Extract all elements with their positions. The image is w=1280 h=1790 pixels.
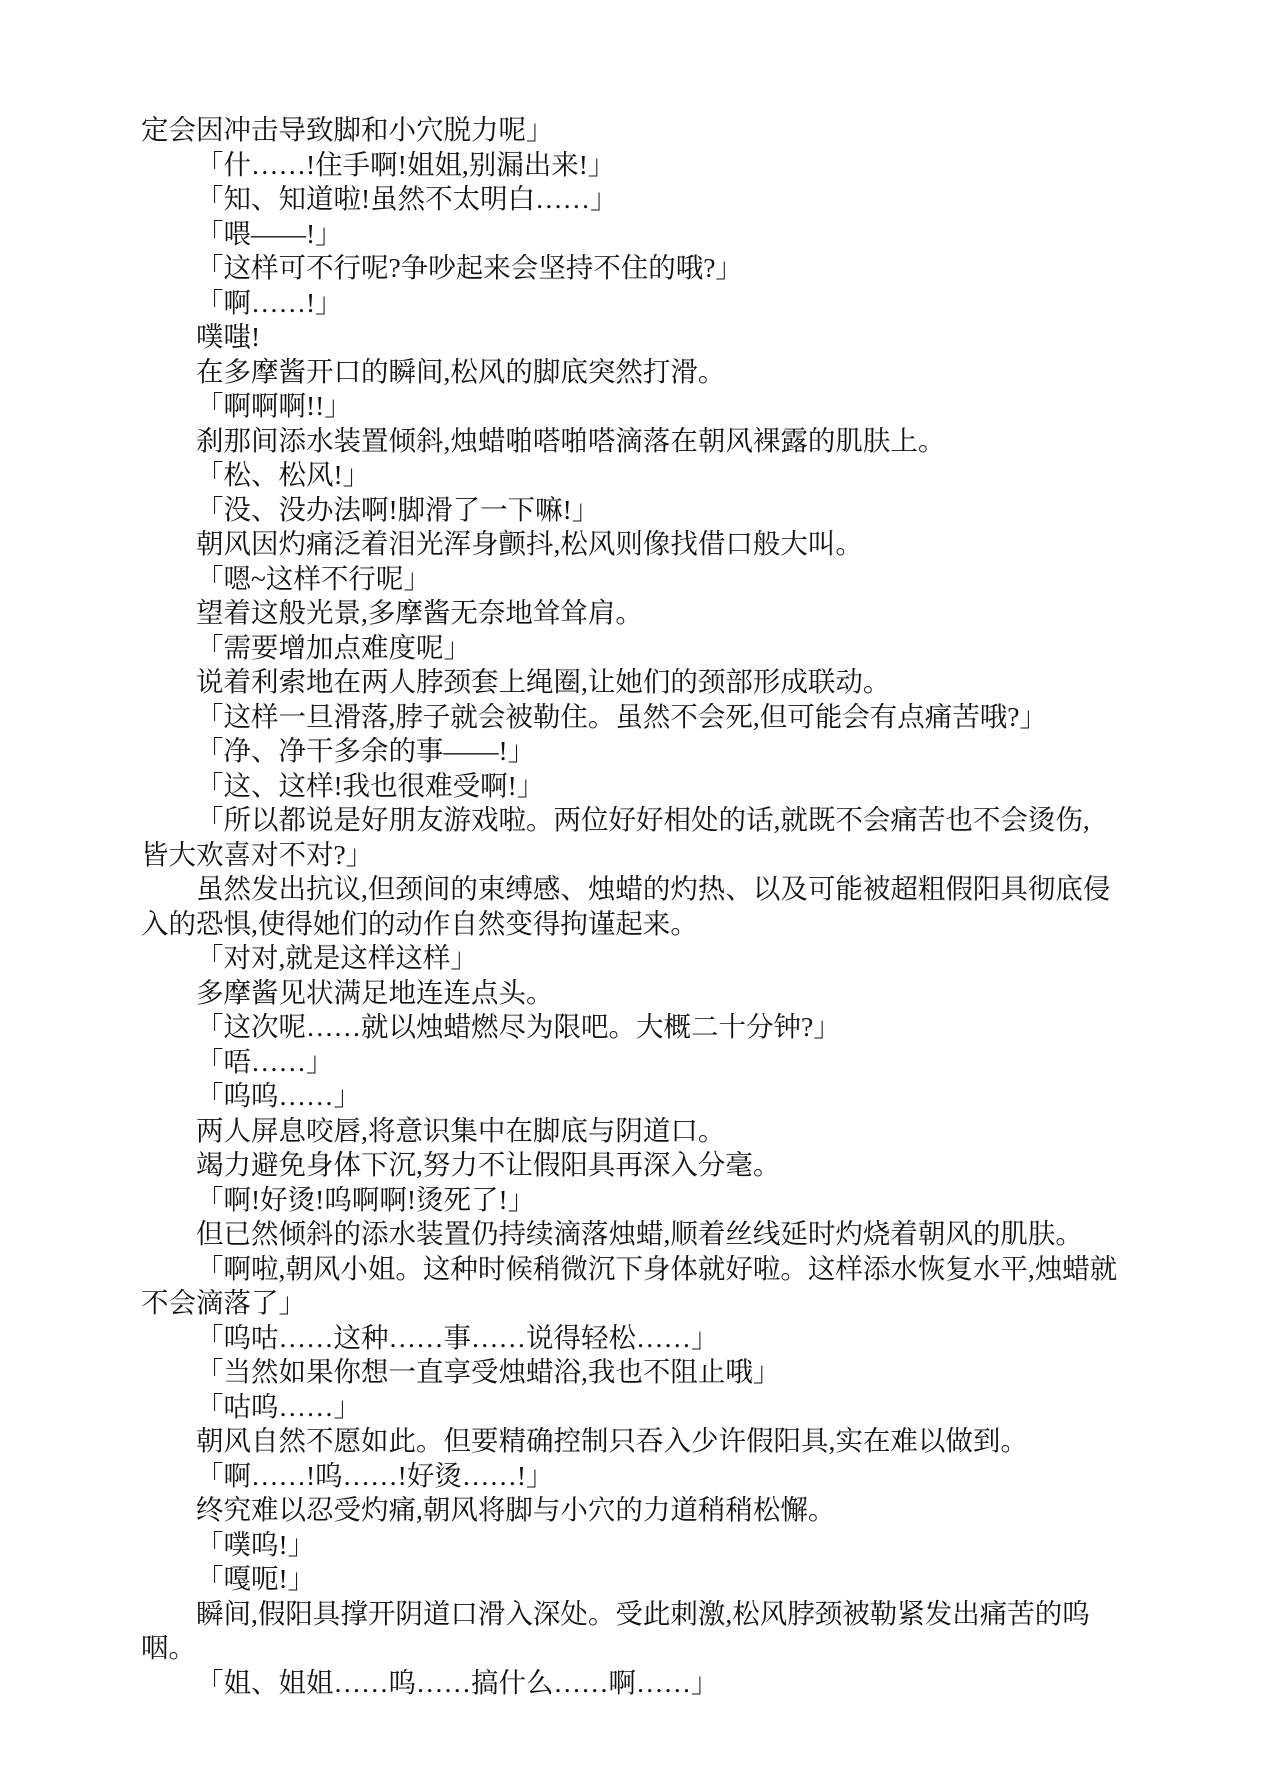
text-line: 「喂——!」 [141,217,1161,252]
text-line: 说着利索地在两人脖颈套上绳圈,让她们的颈部形成联动。 [141,665,1161,700]
text-line: 噗嗤! [141,320,1161,355]
text-line: 虽然发出抗议,但颈间的束缚感、烛蜡的灼热、以及可能被超粗假阳具彻底侵 [141,872,1161,907]
text-line: 「这、这样!我也很难受啊!」 [141,769,1161,804]
text-line: 「所以都说是好朋友游戏啦。两位好好相处的话,就既不会痛苦也不会烫伤, [141,803,1161,838]
text-line: 「松、松风!」 [141,458,1161,493]
text-line: 咽。 [141,1631,1161,1666]
text-line: 「啊啊啊!!」 [141,389,1161,424]
text-line: 朝风因灼痛泛着泪光浑身颤抖,松风则像找借口般大叫。 [141,527,1161,562]
text-line: 「嘎呃!」 [141,1562,1161,1597]
text-line: 但已然倾斜的添水装置仍持续滴落烛蜡,顺着丝线延时灼烧着朝风的肌肤。 [141,1217,1161,1252]
text-line: 两人屏息咬唇,将意识集中在脚底与阴道口。 [141,1114,1161,1149]
text-line: 「噗呜!」 [141,1528,1161,1563]
text-line: 皆大欢喜对不对?」 [141,838,1161,873]
document-page: 定会因冲击导致脚和小穴脱力呢」「什……!住手啊!姐姐,别漏出来!」「知、知道啦!… [0,0,1280,1790]
text-line: 终究难以忍受灼痛,朝风将脚与小穴的力道稍稍松懈。 [141,1493,1161,1528]
text-line: 「嗯~这样不行呢」 [141,562,1161,597]
text-line: 竭力避免身体下沉,努力不让假阳具再深入分毫。 [141,1148,1161,1183]
text-line: 「呜呜……」 [141,1079,1161,1114]
text-line: 「这样可不行呢?争吵起来会坚持不住的哦?」 [141,251,1161,286]
text-line: 「啊!好烫!呜啊啊!烫死了!」 [141,1183,1161,1218]
text-line: 入的恐惧,使得她们的动作自然变得拘谨起来。 [141,907,1161,942]
text-line: 「净、净干多余的事——!」 [141,734,1161,769]
text-line: 「当然如果你想一直享受烛蜡浴,我也不阻止哦」 [141,1355,1161,1390]
text-line: 多摩酱见状满足地连连点头。 [141,976,1161,1011]
text-line: 「啊……!呜……!好烫……!」 [141,1459,1161,1494]
text-line: 「啊……!」 [141,286,1161,321]
text-line: 「对对,就是这样这样」 [141,941,1161,976]
text-line: 在多摩酱开口的瞬间,松风的脚底突然打滑。 [141,355,1161,390]
text-line: 不会滴落了」 [141,1286,1161,1321]
text-line: 「啊啦,朝风小姐。这种时候稍微沉下身体就好啦。这样添水恢复水平,烛蜡就 [141,1252,1161,1287]
text-line: 「没、没办法啊!脚滑了一下嘛!」 [141,493,1161,528]
text-line: 「知、知道啦!虽然不太明白……」 [141,182,1161,217]
text-line: 「姐、姐姐……呜……搞什么……啊……」 [141,1666,1161,1701]
text-line: 刹那间添水装置倾斜,烛蜡啪嗒啪嗒滴落在朝风裸露的肌肤上。 [141,424,1161,459]
text-line: 「什……!住手啊!姐姐,别漏出来!」 [141,148,1161,183]
text-line: 瞬间,假阳具撑开阴道口滑入深处。受此刺激,松风脖颈被勒紧发出痛苦的呜 [141,1597,1161,1632]
text-line: 「需要增加点难度呢」 [141,631,1161,666]
text-line: 「这样一旦滑落,脖子就会被勒住。虽然不会死,但可能会有点痛苦哦?」 [141,700,1161,735]
text-line: 「咕呜……」 [141,1390,1161,1425]
text-line: 定会因冲击导致脚和小穴脱力呢」 [141,113,1161,148]
text-line: 朝风自然不愿如此。但要精确控制只吞入少许假阳具,实在难以做到。 [141,1424,1161,1459]
text-line: 「这次呢……就以烛蜡燃尽为限吧。大概二十分钟?」 [141,1010,1161,1045]
text-line: 望着这般光景,多摩酱无奈地耸耸肩。 [141,596,1161,631]
text-line: 「呜咕……这种……事……说得轻松……」 [141,1321,1161,1356]
text-line: 「唔……」 [141,1045,1161,1080]
text-block: 定会因冲击导致脚和小穴脱力呢」「什……!住手啊!姐姐,别漏出来!」「知、知道啦!… [141,113,1161,1700]
